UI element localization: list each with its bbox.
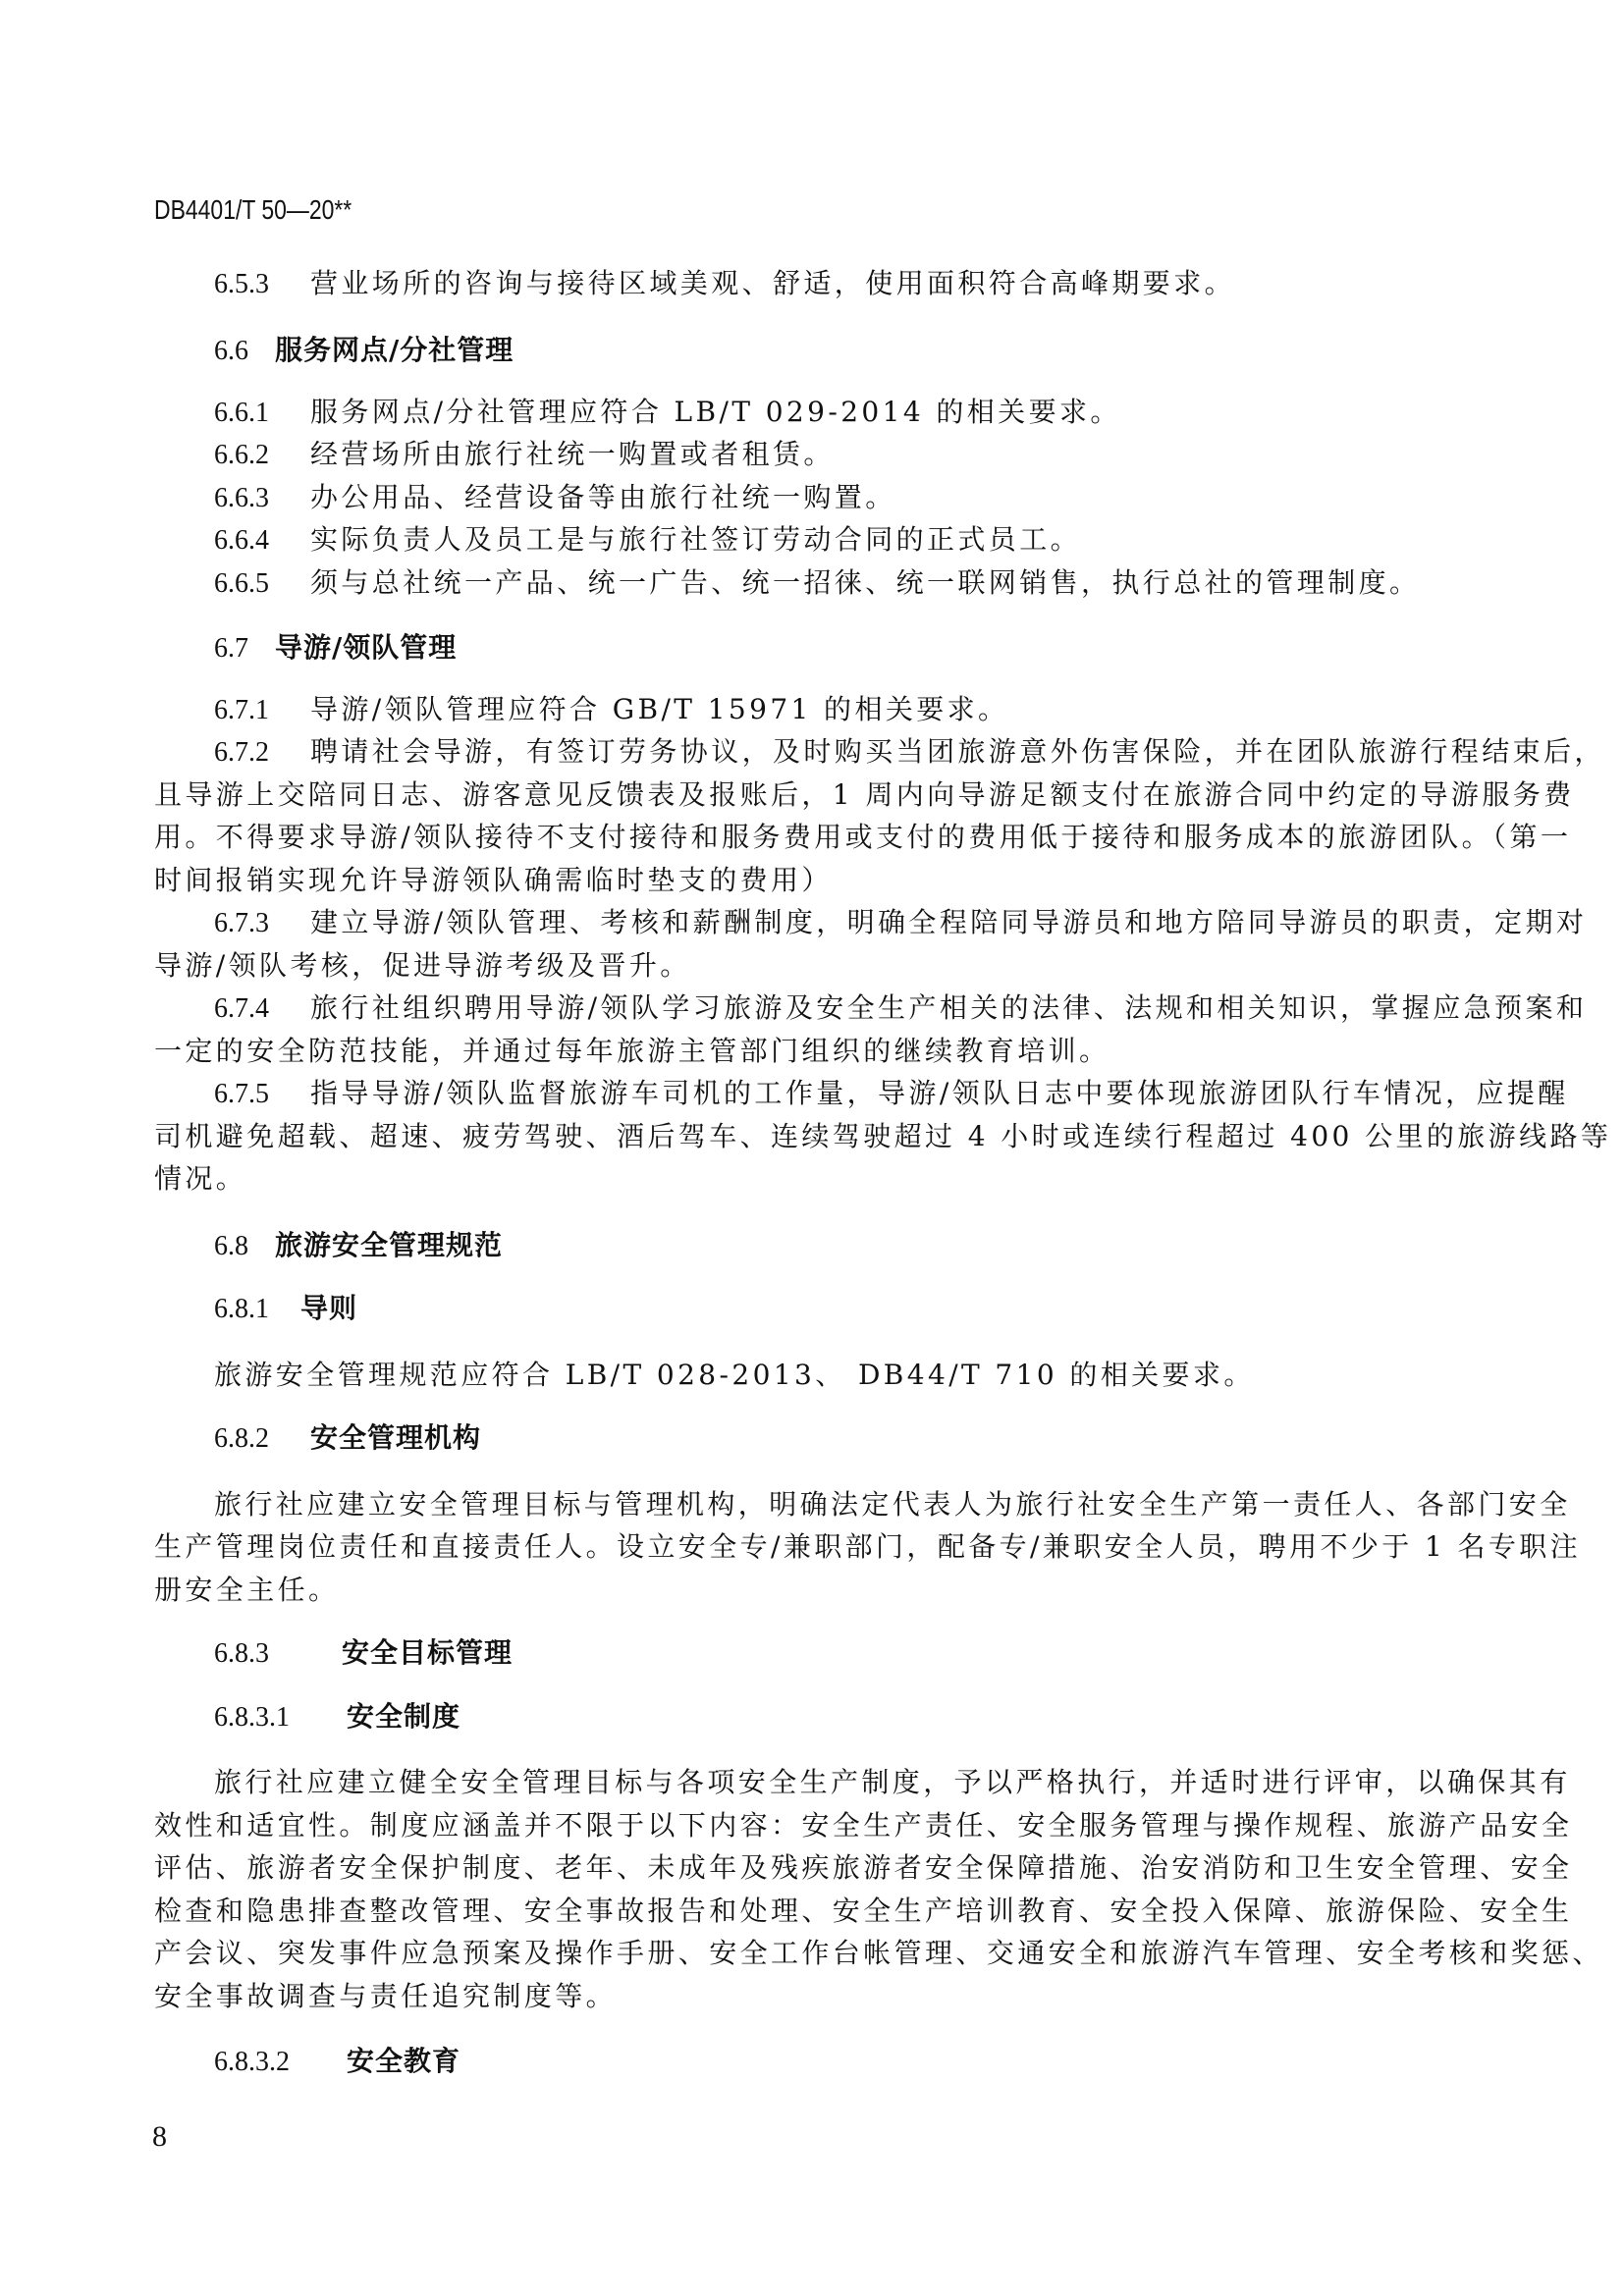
clause-number: 6.6.5 bbox=[214, 562, 310, 606]
clause-6-6-3: 6.6.3办公用品、经营设备等由旅行社统一购置。 bbox=[214, 476, 1470, 519]
clause-number: 6.6.4 bbox=[214, 519, 310, 562]
section-title: 导游/领队管理 bbox=[275, 631, 457, 664]
paragraph-6-8-3-1-line-2: 效性和适宜性。制度应涵盖并不限于以下内容：安全生产责任、安全服务管理与操作规程、… bbox=[154, 1804, 1470, 1847]
section-number: 6.7 bbox=[214, 627, 275, 670]
clause-text-line: 旅行社组织聘用导游/领队学习旅游及安全生产相关的法律、法规和相关知识，掌握应急预… bbox=[310, 991, 1587, 1024]
subsection-title: 导则 bbox=[300, 1292, 357, 1324]
section-heading-6-8: 6.8旅游安全管理规范 bbox=[214, 1224, 1470, 1267]
section-heading-6-7: 6.7导游/领队管理 bbox=[214, 626, 1470, 669]
clause-number: 6.7.3 bbox=[214, 902, 310, 945]
clause-number: 6.6.1 bbox=[214, 392, 310, 435]
paragraph-6-8-2-line-1: 旅行社应建立安全管理目标与管理机构，明确法定代表人为旅行社安全生产第一责任人、各… bbox=[214, 1483, 1470, 1526]
clause-6-7-1: 6.7.1导游/领队管理应符合 GB/T 15971 的相关要求。 bbox=[214, 688, 1470, 731]
clause-text: 营业场所的咨询与接待区域美观、舒适，使用面积符合高峰期要求。 bbox=[310, 267, 1235, 299]
subsection-title: 安全目标管理 bbox=[342, 1636, 513, 1669]
subsection-title: 安全教育 bbox=[347, 2045, 460, 2077]
section-number: 6.6 bbox=[214, 330, 275, 373]
paragraph-6-8-1: 旅游安全管理规范应符合 LB/T 028-2013、 DB44/T 710 的相… bbox=[214, 1354, 1470, 1397]
clause-number: 6.7.2 bbox=[214, 731, 310, 774]
clause-6-7-4-line-2: 一定的安全防范技能，并通过每年旅游主管部门组织的继续教育培训。 bbox=[154, 1030, 1470, 1073]
subsection-heading-6-8-3: 6.8.3安全目标管理 bbox=[214, 1631, 1470, 1675]
clause-6-7-4: 6.7.4旅行社组织聘用导游/领队学习旅游及安全生产相关的法律、法规和相关知识，… bbox=[214, 987, 1470, 1030]
clause-text: 经营场所由旅行社统一购置或者租赁。 bbox=[310, 438, 835, 470]
clause-6-7-5: 6.7.5指导导游/领队监督旅游车司机的工作量，导游/领队日志中要体现旅游团队行… bbox=[214, 1072, 1470, 1115]
clause-text-line: 建立导游/领队管理、考核和薪酬制度，明确全程陪同导游员和地方陪同导游员的职责，定… bbox=[310, 906, 1587, 938]
clause-6-7-2-line-3: 用。不得要求导游/领队接待不支付接待和服务费用或支付的费用低于接待和服务成本的旅… bbox=[154, 816, 1470, 859]
clause-number: 6.5.3 bbox=[214, 263, 310, 306]
clause-6-7-5-line-2: 司机避免超载、超速、疲劳驾驶、酒后驾车、连续驾驶超过 4 小时或连续行程超过 4… bbox=[154, 1115, 1470, 1158]
section-heading-6-6: 6.6服务网点/分社管理 bbox=[214, 329, 1470, 372]
clause-text-line: 聘请社会导游，有签订劳务协议，及时购买当团旅游意外伤害保险，并在团队旅游行程结束… bbox=[310, 735, 1605, 768]
clause-6-7-5-line-3: 情况。 bbox=[154, 1157, 1470, 1201]
subsection-heading-6-8-3-2: 6.8.3.2安全教育 bbox=[214, 2040, 1470, 2083]
paragraph-6-8-3-1-line-5: 产会议、突发事件应急预案及操作手册、安全工作台帐管理、交通安全和旅游汽车管理、安… bbox=[154, 1932, 1470, 1975]
clause-number: 6.7.1 bbox=[214, 689, 310, 732]
clause-6-7-2: 6.7.2聘请社会导游，有签订劳务协议，及时购买当团旅游意外伤害保险，并在团队旅… bbox=[214, 730, 1470, 774]
clause-number: 6.7.5 bbox=[214, 1073, 310, 1116]
clause-text: 导游/领队管理应符合 GB/T 15971 的相关要求。 bbox=[310, 693, 1008, 725]
paragraph-6-8-3-1-line-4: 检查和隐患排查整改管理、安全事故报告和处理、安全生产培训教育、安全投入保障、旅游… bbox=[154, 1890, 1470, 1933]
clause-number: 6.6.2 bbox=[214, 434, 310, 477]
clause-text: 服务网点/分社管理应符合 LB/T 029-2014 的相关要求。 bbox=[310, 396, 1121, 428]
document-page: DB4401/T 50—20** 6.5.3营业场所的咨询与接待区域美观、舒适，… bbox=[0, 0, 1624, 2296]
subsection-number: 6.8.3.1 bbox=[214, 1696, 347, 1739]
clause-6-7-2-line-4: 时间报销实现允许导游领队确需临时垫支的费用） bbox=[154, 859, 1470, 902]
paragraph-6-8-2-line-2: 生产管理岗位责任和直接责任人。设立安全专/兼职部门，配备专/兼职安全人员，聘用不… bbox=[154, 1525, 1470, 1569]
clause-6-6-1: 6.6.1服务网点/分社管理应符合 LB/T 029-2014 的相关要求。 bbox=[214, 391, 1470, 434]
clause-6-5-3: 6.5.3营业场所的咨询与接待区域美观、舒适，使用面积符合高峰期要求。 bbox=[214, 262, 1470, 305]
paragraph-6-8-3-1-line-3: 评估、旅游者安全保护制度、老年、未成年及残疾旅游者安全保障措施、治安消防和卫生安… bbox=[154, 1846, 1470, 1890]
subsection-number: 6.8.1 bbox=[214, 1288, 300, 1331]
clause-number: 6.6.3 bbox=[214, 477, 310, 520]
paragraph-6-8-3-1-line-1: 旅行社应建立健全安全管理目标与各项安全生产制度，予以严格执行，并适时进行评审，以… bbox=[214, 1761, 1470, 1804]
document-code-header: DB4401/T 50—20** bbox=[154, 194, 352, 226]
clause-6-7-3: 6.7.3建立导游/领队管理、考核和薪酬制度，明确全程陪同导游员和地方陪同导游员… bbox=[214, 901, 1470, 944]
paragraph-6-8-2-line-3: 册安全主任。 bbox=[154, 1569, 1470, 1612]
clause-text: 实际负责人及员工是与旅行社签订劳动合同的正式员工。 bbox=[310, 523, 1081, 556]
subsection-number: 6.8.3.2 bbox=[214, 2041, 347, 2084]
clause-6-6-2: 6.6.2经营场所由旅行社统一购置或者租赁。 bbox=[214, 433, 1470, 476]
subsection-heading-6-8-2: 6.8.2安全管理机构 bbox=[214, 1416, 1470, 1460]
subsection-heading-6-8-3-1: 6.8.3.1安全制度 bbox=[214, 1695, 1470, 1738]
subsection-number: 6.8.3 bbox=[214, 1632, 342, 1676]
clause-text: 须与总社统一产品、统一广告、统一招徕、统一联网销售，执行总社的管理制度。 bbox=[310, 566, 1420, 599]
page-number: 8 bbox=[152, 2120, 167, 2154]
clause-6-7-2-line-2: 且导游上交陪同日志、游客意见反馈表及报账后，1 周内向导游足额支付在旅游合同中约… bbox=[154, 774, 1470, 817]
section-number: 6.8 bbox=[214, 1225, 275, 1268]
subsection-title: 安全管理机构 bbox=[310, 1421, 481, 1454]
clause-6-6-5: 6.6.5须与总社统一产品、统一广告、统一招徕、统一联网销售，执行总社的管理制度… bbox=[214, 561, 1470, 605]
subsection-number: 6.8.2 bbox=[214, 1417, 310, 1461]
clause-number: 6.7.4 bbox=[214, 988, 310, 1031]
clause-text: 办公用品、经营设备等由旅行社统一购置。 bbox=[310, 481, 896, 513]
section-title: 旅游安全管理规范 bbox=[275, 1229, 503, 1261]
subsection-heading-6-8-1: 6.8.1导则 bbox=[214, 1287, 1470, 1330]
clause-6-6-4: 6.6.4实际负责人及员工是与旅行社签订劳动合同的正式员工。 bbox=[214, 518, 1470, 561]
paragraph-6-8-3-1-line-6: 安全事故调查与责任追究制度等。 bbox=[154, 1975, 1470, 2018]
section-title: 服务网点/分社管理 bbox=[275, 334, 514, 366]
subsection-title: 安全制度 bbox=[347, 1700, 460, 1733]
clause-text-line: 指导导游/领队监督旅游车司机的工作量，导游/领队日志中要体现旅游团队行车情况，应… bbox=[310, 1077, 1569, 1109]
clause-6-7-3-line-2: 导游/领队考核，促进导游考级及晋升。 bbox=[154, 944, 1470, 988]
